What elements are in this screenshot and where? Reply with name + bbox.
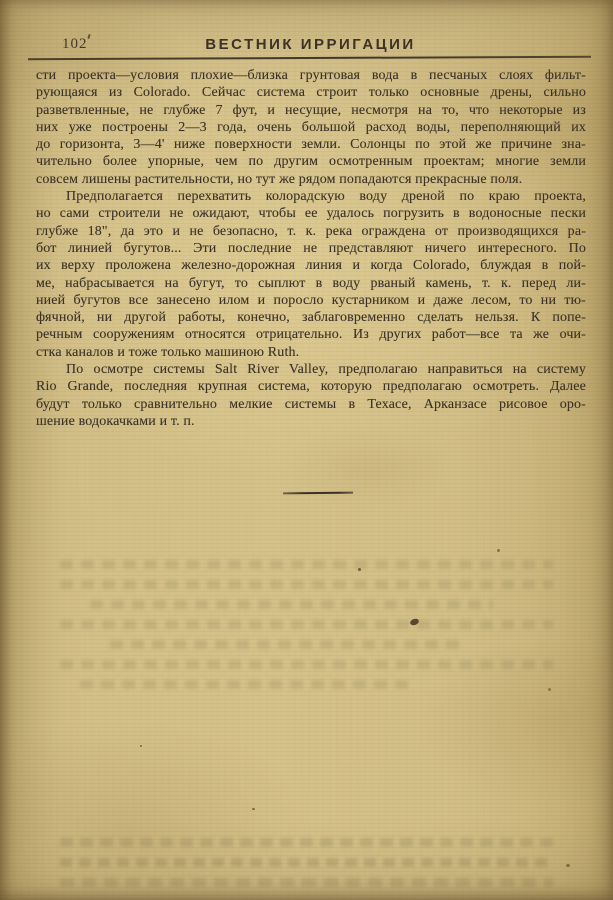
- showthrough-text-band: [110, 640, 463, 649]
- ink-speck: [252, 808, 255, 810]
- text-line: Rio Grande, последняя крупная система, к…: [36, 378, 586, 395]
- text-line: ме, набрасывается на бугут, то сыплют в …: [36, 275, 586, 292]
- text-line: Предполагается перехватить колорадскую в…: [36, 188, 586, 205]
- paragraph-2: Предполагается перехватить колорадскую в…: [36, 188, 586, 361]
- showthrough-text-band: [90, 600, 493, 609]
- page-header: 102 ВЕСТНИК ИРРИГАЦИИ: [30, 36, 591, 56]
- showthrough-text-band: [60, 580, 553, 589]
- body-text: сти проекта—условия плохие—близка грунто…: [36, 67, 586, 430]
- text-line: речным сооружениям относятся отрицательн…: [36, 326, 586, 343]
- text-line: совсем лишены растительности, но тут же …: [36, 171, 586, 188]
- showthrough-text-band: [60, 838, 553, 847]
- text-line: рующаяся из Colorado. Сейчас система стр…: [36, 84, 586, 101]
- text-line: бот линией бугутов... Эти последние не п…: [36, 240, 586, 257]
- showthrough-text-band: [80, 680, 413, 689]
- ink-speck: [566, 864, 570, 867]
- showthrough-text-band: [60, 620, 553, 629]
- text-line: фячной, ни другой работы, конечно, забла…: [36, 309, 586, 326]
- text-line: них уже построены 2—3 года, очень большо…: [36, 119, 586, 136]
- text-line: но сами строители не ожидают, чтобы ее у…: [36, 205, 586, 222]
- text-line: чительно более упорные, чем по другим ос…: [36, 153, 586, 170]
- section-divider-rule: [283, 492, 353, 495]
- text-line: стка каналов и тоже только машиною Ruth.: [36, 344, 586, 361]
- paragraph-3: По осмотре системы Salt River Valley, пр…: [36, 361, 586, 430]
- text-line: будут только сравнительно мелкие системы…: [36, 396, 586, 413]
- scanned-journal-page: 102 ВЕСТНИК ИРРИГАЦИИ сти проекта—услови…: [0, 0, 613, 900]
- text-line: глубже 18", да это и не безопасно, т. к.…: [36, 223, 586, 240]
- text-line: нией бугутов все занесено илом и поросло…: [36, 292, 586, 309]
- journal-title: ВЕСТНИК ИРРИГАЦИИ: [30, 36, 591, 53]
- ink-speck: [548, 688, 551, 691]
- showthrough-text-band: [60, 878, 553, 887]
- showthrough-text-band: [60, 660, 553, 669]
- ink-speck: [409, 618, 420, 627]
- ink-speck: [497, 549, 500, 552]
- text-line: шение водокачками и т. п.: [36, 413, 586, 430]
- text-line: сти проекта—условия плохие—близка грунто…: [36, 67, 586, 84]
- text-line: их верху проложена железно-дорожная лини…: [36, 257, 586, 274]
- text-line: разветвленные, не глубже 7 фут, и несущи…: [36, 102, 586, 119]
- text-line: По осмотре системы Salt River Valley, пр…: [36, 361, 586, 378]
- text-line: до горизонта, 3—4' ниже поверхности земл…: [36, 136, 586, 153]
- ink-speck: [358, 568, 361, 571]
- ink-speck: [140, 745, 142, 747]
- paragraph-1: сти проекта—условия плохие—близка грунто…: [36, 67, 586, 188]
- header-rule: [28, 56, 591, 60]
- showthrough-text-band: [60, 858, 553, 867]
- showthrough-text-band: [60, 560, 553, 569]
